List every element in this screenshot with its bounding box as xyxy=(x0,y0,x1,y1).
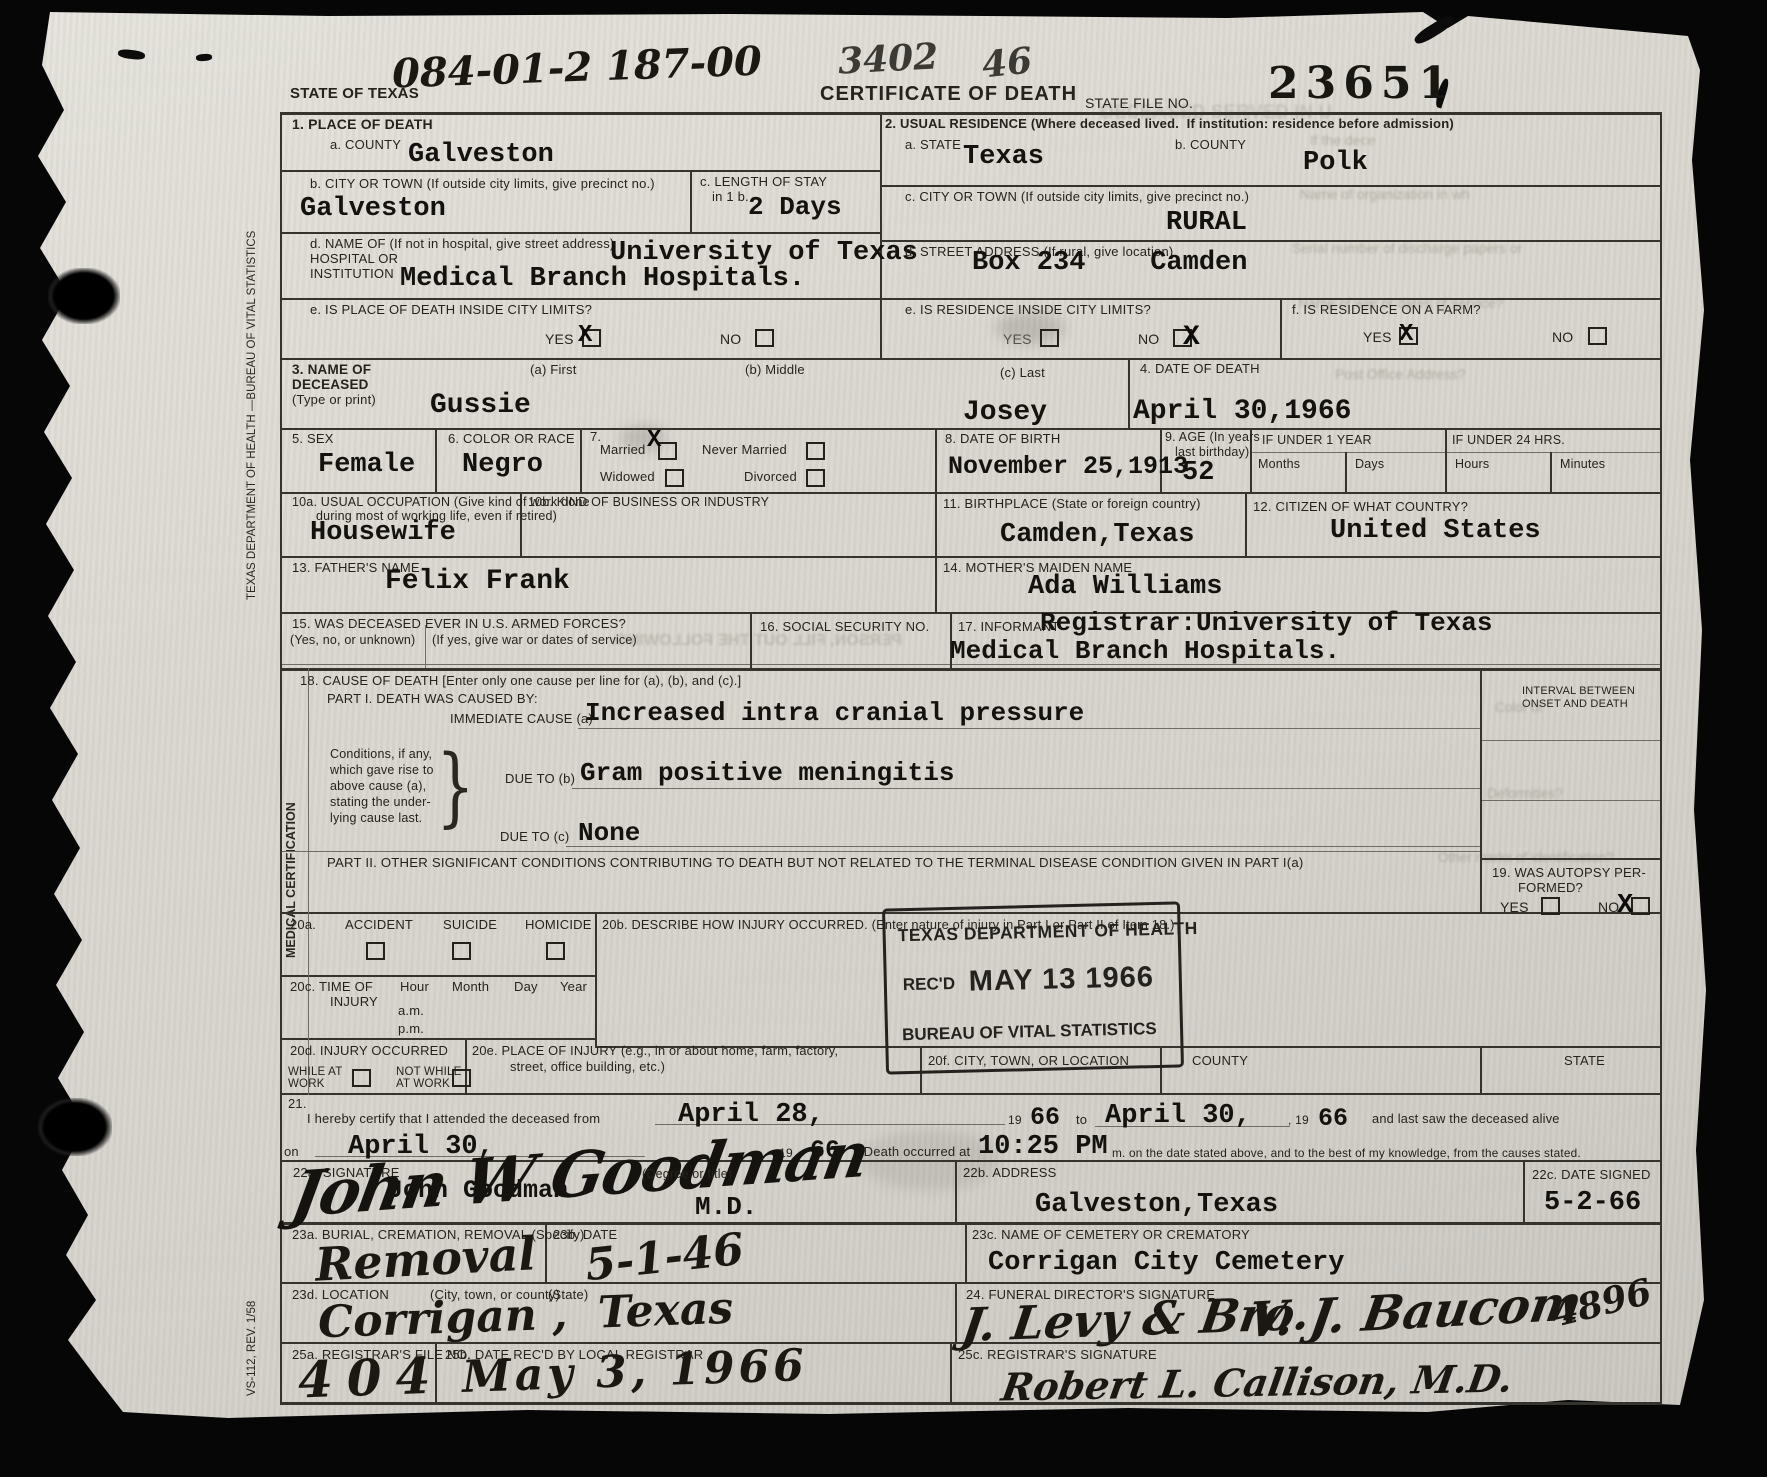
form-line xyxy=(1280,298,1282,358)
x-mark-farm-yes: X xyxy=(1399,321,1413,348)
brace-glyph: } xyxy=(436,737,474,837)
checkbox-autopsy-yes xyxy=(1541,897,1560,915)
widowed-label: Widowed xyxy=(600,470,655,484)
month-label: Month xyxy=(452,980,489,994)
autopsy-label-line2: FORMED? xyxy=(1518,881,1583,895)
if-under-1-year-label: IF UNDER 1 YEAR xyxy=(1262,434,1372,447)
form-line xyxy=(750,612,752,668)
form-line xyxy=(280,975,595,977)
punch-hole-top xyxy=(48,268,120,324)
sex-label: 5. SEX xyxy=(292,432,334,446)
residence-city-label: c. CITY OR TOWN (If outside city limits,… xyxy=(905,190,1249,204)
form-line xyxy=(880,240,1660,242)
attended-to-year: 66 xyxy=(1318,1104,1348,1133)
hospital-name-label-3: INSTITUTION xyxy=(310,267,394,281)
section-1-title: 1. PLACE OF DEATH xyxy=(292,117,433,132)
length-of-stay-label: c. LENGTH OF STAY xyxy=(700,175,827,189)
state-column-label: STATE xyxy=(1564,1054,1605,1068)
registrars-signature-label: 25c. REGISTRAR'S SIGNATURE xyxy=(958,1348,1157,1362)
form-line xyxy=(955,1282,957,1342)
margin-department-text: TEXAS DEPARTMENT OF HEALTH —BUREAU OF VI… xyxy=(246,231,258,600)
pm-label: p.m. xyxy=(398,1022,424,1036)
months-label: Months xyxy=(1258,458,1300,471)
bleed-through-text: Post Office Address? xyxy=(1335,366,1465,382)
form-line xyxy=(1480,800,1660,801)
margin-medical-certification-text: MEDICAL CERTIFICATION xyxy=(284,802,298,958)
date-of-death-label: 4. DATE OF DEATH xyxy=(1140,362,1260,376)
punch-hole-bottom xyxy=(38,1098,112,1156)
middle-name-label: (b) Middle xyxy=(745,363,805,377)
while-at-work-label: WHILE AT xyxy=(288,1066,342,1078)
no-label: NO xyxy=(1552,330,1573,345)
age-label: 9. AGE (In years xyxy=(1165,431,1260,444)
color-race-label: 6. COLOR OR RACE xyxy=(448,432,575,446)
form-line xyxy=(1480,668,1482,912)
suicide-label: SUICIDE xyxy=(443,918,497,932)
form-line xyxy=(308,668,309,1095)
date-of-death-value: April 30,1966 xyxy=(1133,396,1351,427)
residence-state-label: a. STATE xyxy=(905,138,961,152)
conditions-note-line4: stating the under- xyxy=(330,796,431,809)
form-line xyxy=(280,298,1660,300)
occupation-value: Housewife xyxy=(310,518,456,548)
am-label: a.m. xyxy=(398,1004,424,1018)
form-line xyxy=(280,1402,1662,1405)
form-line xyxy=(1128,358,1130,428)
hospital-value-line2: Medical Branch Hospitals. xyxy=(400,264,805,294)
conditions-note-line2: which gave rise to xyxy=(330,764,434,777)
form-line xyxy=(280,556,1660,558)
bleed-through-text: Serial number of discharge papers or xyxy=(1292,240,1522,256)
hour-label: Hour xyxy=(400,980,429,994)
checkbox-divorced xyxy=(806,469,825,487)
state-file-number: 23651 xyxy=(1268,58,1456,109)
state-file-no-label: STATE FILE NO. xyxy=(1085,96,1193,111)
year-label: Year xyxy=(560,980,587,994)
armed-forces-label: 15. WAS DECEASED EVER IN U.S. ARMED FORC… xyxy=(292,617,626,631)
color-race-value: Negro xyxy=(462,450,543,480)
form-line xyxy=(280,492,1660,494)
yes-label: YES xyxy=(1500,900,1529,915)
autopsy-label-line1: 19. WAS AUTOPSY PER- xyxy=(1492,866,1646,880)
day-label: Day xyxy=(514,980,538,994)
bleed-through-text: PERSON, FILL OUT THE FOLLOWING: xyxy=(610,632,902,650)
form-line xyxy=(690,170,692,232)
days-label: Days xyxy=(1355,458,1384,471)
armed-forces-sublabel: (Yes, no, or unknown) xyxy=(290,634,415,647)
form-line xyxy=(435,428,437,492)
hospital-name-label-2: HOSPITAL OR xyxy=(310,252,398,266)
part1-label: PART I. DEATH WAS CAUSED BY: xyxy=(327,692,538,706)
residence-county-label: b. COUNTY xyxy=(1175,138,1246,152)
form-line xyxy=(1245,492,1247,556)
degree-or-title-label: (Degree or title) xyxy=(642,1168,732,1181)
stamp-line1: TEXAS DEPARTMENT OF HEALTH xyxy=(897,918,1198,946)
form-line xyxy=(280,112,282,1404)
form-line xyxy=(280,170,880,172)
certify-text-4: m. on the date stated above, and to the … xyxy=(1112,1147,1581,1159)
place-of-injury-label-2: street, office building, etc.) xyxy=(510,1060,665,1073)
address-value: Galveston,Texas xyxy=(1035,1190,1278,1220)
x-mark-residence-limits-no: X xyxy=(1183,322,1200,353)
first-name-value: Gussie xyxy=(430,390,531,421)
form-line xyxy=(425,625,426,668)
hospital-name-label: d. NAME OF (If not in hospital, give str… xyxy=(310,237,614,251)
citizen-country-value: United States xyxy=(1330,516,1541,546)
accident-label: ACCIDENT xyxy=(345,918,413,932)
social-security-label: 16. SOCIAL SECURITY NO. xyxy=(760,620,929,634)
cemetery-value: Corrigan City Cemetery xyxy=(988,1248,1344,1278)
length-of-stay-value: 2 Days xyxy=(748,192,842,222)
minutes-label: Minutes xyxy=(1560,458,1605,471)
form-line xyxy=(935,428,937,612)
form-line xyxy=(580,428,582,492)
scanned-death-certificate: { "colors":{"paper":"#dcd9d2","ink":"#26… xyxy=(0,0,1767,1477)
age-value: 52 xyxy=(1182,458,1214,488)
attended-to-date: April 30, xyxy=(1105,1101,1251,1131)
checkbox-widowed xyxy=(665,469,684,487)
checkbox-never-married xyxy=(806,442,825,460)
checkbox-place-limits-no xyxy=(755,329,774,347)
registrars-file-no-value: 404 xyxy=(297,1345,445,1409)
due-to-c-label: DUE TO (c) xyxy=(500,830,569,844)
form-line xyxy=(955,1160,957,1222)
form-line xyxy=(1250,452,1660,453)
immediate-cause-value: Increased intra cranial pressure xyxy=(585,698,1084,728)
date-of-birth-label: 8. DATE OF BIRTH xyxy=(945,432,1060,446)
first-name-label: (a) First xyxy=(530,363,577,377)
place-of-injury-label: 20e. PLACE OF INJURY (e.g., in or about … xyxy=(472,1044,838,1057)
county-value: Galveston xyxy=(408,140,554,170)
form-line xyxy=(1660,112,1662,1404)
not-while-at-work-label-2: AT WORK xyxy=(396,1078,450,1090)
conditions-note-line5: lying cause last. xyxy=(330,812,422,825)
immediate-cause-label: IMMEDIATE CAUSE (a) xyxy=(450,712,593,726)
last-name-value: Josey xyxy=(963,397,1047,428)
registrars-signature: Robert L. Callison, M.D. xyxy=(998,1355,1516,1409)
injury-occurred-label: 20d. INJURY OCCURRED xyxy=(290,1044,448,1058)
yes-label: YES xyxy=(1363,330,1392,345)
form-line xyxy=(1550,452,1552,492)
yes-label: YES xyxy=(1003,332,1032,347)
place-city-limits-label: e. IS PLACE OF DEATH INSIDE CITY LIMITS? xyxy=(310,303,592,317)
due-to-c-value: None xyxy=(578,818,640,848)
county-column-label: COUNTY xyxy=(1192,1054,1248,1068)
checkbox-while-at-work xyxy=(352,1069,371,1087)
form-line xyxy=(280,358,1660,360)
form-line xyxy=(1345,452,1347,492)
form-line xyxy=(595,912,597,1046)
no-label: NO xyxy=(720,332,741,347)
form-line xyxy=(280,1093,1662,1095)
item-20a-label: 20a. xyxy=(290,918,316,932)
due-to-b-label: DUE TO (b) xyxy=(505,772,575,786)
fathers-name-value: Felix Frank xyxy=(385,566,570,597)
form-line xyxy=(880,112,882,358)
mothers-maiden-name-value: Ada Williams xyxy=(1028,572,1222,602)
form-line xyxy=(1480,858,1660,860)
checkbox-farm-no xyxy=(1588,327,1607,345)
county-label: a. COUNTY xyxy=(330,138,401,152)
checkbox-homicide xyxy=(546,942,565,960)
death-occurred-text: . Death occurred at xyxy=(856,1145,970,1159)
bleed-through-text: If the dece xyxy=(1310,132,1375,148)
residence-state-value: Texas xyxy=(963,142,1044,172)
name-of-deceased-label: 3. NAME OF xyxy=(292,363,371,377)
armed-forces-sublabel-2: (If yes, give war or dates of service) xyxy=(432,634,637,647)
date-signed-value: 5-2-66 xyxy=(1544,1188,1641,1218)
printed-19: 19 xyxy=(1008,1114,1022,1127)
received-stamp: TEXAS DEPARTMENT OF HEALTH REC'D MAY 13 … xyxy=(882,901,1184,1074)
conditions-note-line1: Conditions, if any, xyxy=(330,748,432,761)
form-line xyxy=(965,1222,967,1282)
x-mark-autopsy-no: X xyxy=(1617,891,1633,921)
citizen-country-label: 12. CITIZEN OF WHAT COUNTRY? xyxy=(1253,500,1468,514)
interval-label-line1: INTERVAL BETWEEN xyxy=(1522,686,1635,698)
form-line xyxy=(950,1342,952,1402)
residence-city-limits-label: e. IS RESIDENCE INSIDE CITY LIMITS? xyxy=(905,303,1151,317)
handwritten-batch-number-2: 46 xyxy=(980,39,1034,86)
handwritten-batch-number: 3402 xyxy=(837,35,939,82)
margin-form-number: VS-112, REV. 1/58 xyxy=(246,1301,258,1396)
homicide-label: HOMICIDE xyxy=(525,918,592,932)
last-name-label: (c) Last xyxy=(1000,366,1045,380)
due-to-b-value: Gram positive meningitis xyxy=(580,758,954,788)
city-or-town-value: Galveston xyxy=(300,194,446,224)
checkbox-accident xyxy=(366,942,385,960)
divorced-label: Divorced xyxy=(744,470,797,484)
certify-text-1: I hereby certify that I attended the dec… xyxy=(307,1112,600,1126)
residence-farm-label: f. IS RESIDENCE ON A FARM? xyxy=(1292,303,1481,317)
cemetery-label: 23c. NAME OF CEMETERY OR CREMATORY xyxy=(972,1228,1250,1242)
printed-19-2: , 19 xyxy=(1288,1114,1309,1127)
time-of-injury-label-2: INJURY xyxy=(330,995,378,1009)
city-or-town-label: b. CITY OR TOWN (If outside city limits,… xyxy=(310,177,655,191)
birthplace-label: 11. BIRTHPLACE (State or foreign country… xyxy=(943,497,1201,511)
checkbox-residence-limits-yes xyxy=(1040,329,1059,347)
while-at-work-label-2: WORK xyxy=(288,1078,325,1090)
time-of-death-value: 10:25 PM xyxy=(978,1132,1108,1162)
business-industry-label: 10b. KIND OF BUSINESS OR INDUSTRY xyxy=(528,496,769,509)
form-line xyxy=(1445,428,1447,492)
form-line xyxy=(280,851,1480,852)
stamp-line3: BUREAU OF VITAL STATISTICS xyxy=(902,1019,1157,1045)
residence-city-value: RURAL xyxy=(1166,208,1247,238)
if-under-24-hrs-label: IF UNDER 24 HRS. xyxy=(1452,434,1565,447)
never-married-label: Never Married xyxy=(702,443,787,457)
residence-county-value: Polk xyxy=(1303,148,1368,178)
time-of-injury-label: 20c. TIME OF xyxy=(290,980,373,994)
certify-text-2: and last saw the deceased alive xyxy=(1372,1112,1560,1125)
attended-from-year: 66 xyxy=(1030,1103,1060,1132)
street-address-value: Box 234 Camden xyxy=(972,248,1247,278)
bleed-through-text: Deformities? xyxy=(1487,786,1563,801)
x-mark-married: X xyxy=(647,427,661,454)
form-line xyxy=(280,232,880,234)
form-line xyxy=(280,1222,1662,1225)
length-of-stay-sublabel: in 1 b. xyxy=(712,190,749,204)
item-21-label: 21. xyxy=(288,1097,307,1111)
married-label: Married xyxy=(600,443,645,457)
bleed-through-text: Name of organization in wh xyxy=(1300,186,1470,202)
burial-removal-value: Removal xyxy=(314,1226,537,1291)
section-2-title: 2. USUAL RESIDENCE (Where deceased lived… xyxy=(885,117,1454,131)
sex-value: Female xyxy=(318,450,415,480)
no-label: NO xyxy=(1138,332,1159,347)
stamp-recd: REC'D xyxy=(903,974,956,995)
birthplace-value: Camden,Texas xyxy=(1000,520,1194,550)
date-of-birth-value: November 25,1913 xyxy=(948,452,1188,481)
entry-underline xyxy=(578,728,1480,729)
hours-label: Hours xyxy=(1455,458,1489,471)
yes-label: YES xyxy=(545,332,574,347)
form-line xyxy=(1523,1160,1525,1222)
form-line xyxy=(1480,1046,1482,1093)
entry-underline xyxy=(572,788,1480,789)
checkbox-not-while-at-work xyxy=(452,1069,471,1087)
cause-of-death-label: 18. CAUSE OF DEATH [Enter only one cause… xyxy=(300,674,741,688)
name-of-deceased-label-2: DECEASED xyxy=(292,378,369,392)
interval-label-line2: ONSET AND DEATH xyxy=(1522,699,1628,711)
entry-underline xyxy=(566,846,1480,847)
form-line xyxy=(280,428,1662,430)
form-line xyxy=(280,668,1662,671)
checkbox-suicide xyxy=(452,942,471,960)
form-line xyxy=(1480,740,1660,741)
address-label: 22b. ADDRESS xyxy=(963,1166,1056,1180)
form-line xyxy=(880,185,1660,187)
on-label: on xyxy=(284,1145,299,1159)
informant-value-line1: Registrar:University of Texas xyxy=(1040,608,1492,638)
type-or-print-label: (Type or print) xyxy=(292,393,376,407)
certificate-title: CERTIFICATE OF DEATH xyxy=(820,84,1077,105)
informant-value-line2: Medical Branch Hospitals. xyxy=(950,636,1340,666)
conditions-note-line3: above cause (a), xyxy=(330,780,426,793)
to-label: to xyxy=(1076,1113,1087,1127)
date-signed-label: 22c. DATE SIGNED xyxy=(1532,1168,1651,1182)
part2-label: PART II. OTHER SIGNIFICANT CONDITIONS CO… xyxy=(327,856,1303,870)
form-line xyxy=(280,1038,595,1040)
x-mark-place-limits-yes: X xyxy=(578,322,592,349)
degree-value: M.D. xyxy=(695,1192,757,1222)
form-line xyxy=(280,112,1662,115)
stamp-date: MAY 13 1966 xyxy=(968,961,1154,999)
checkbox-autopsy-no xyxy=(1631,897,1650,915)
